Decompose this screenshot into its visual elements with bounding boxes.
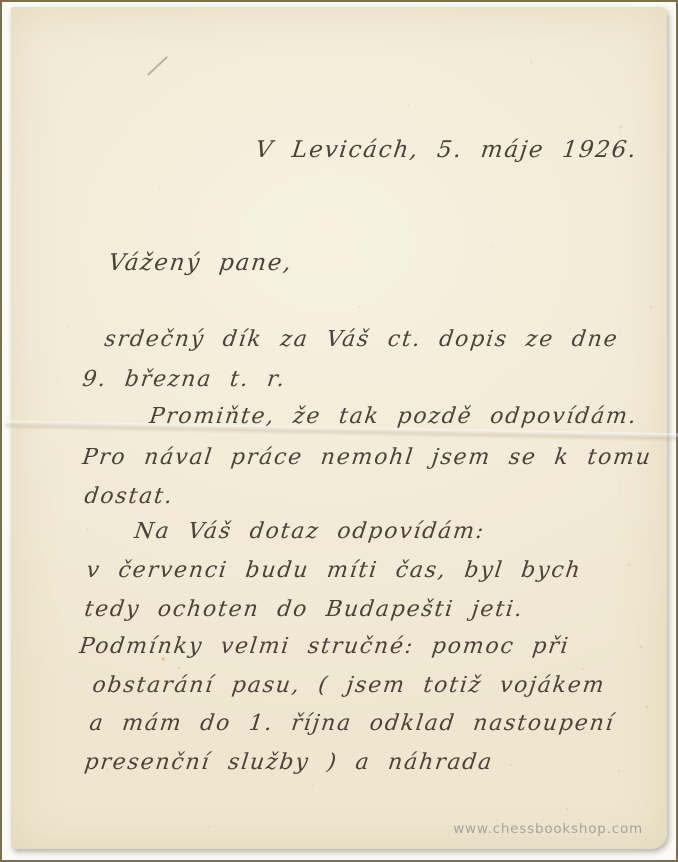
handwritten-line: Pro nával práce nemohl jsem se k tomu bbox=[81, 445, 653, 470]
date-line: V Levicách, 5. máje 1926. bbox=[254, 137, 639, 163]
handwritten-line: Promiňte, že tak pozdě odpovídám. bbox=[148, 404, 639, 429]
handwritten-line: Podmínky velmi stručné: pomoc při bbox=[78, 634, 571, 659]
letter-photo: V Levicách, 5. máje 1926. Vážený pane, s… bbox=[0, 0, 678, 862]
handwritten-line: presenční služby ) a náhrada bbox=[83, 750, 495, 775]
watermark-text: www.chessbookshop.com bbox=[453, 821, 643, 837]
handwritten-line: Na Váš dotaz odpovídám: bbox=[133, 519, 487, 544]
handwritten-line: a mám do 1. října odklad nastoupení bbox=[88, 711, 616, 736]
handwritten-line: 9. března t. r. bbox=[81, 367, 287, 392]
salutation-line: Vážený pane, bbox=[107, 250, 294, 276]
handwritten-line: srdečný dík za Váš ct. dopis ze dne bbox=[103, 327, 620, 352]
handwritten-line: v červenci budu míti čas, byl bych bbox=[85, 558, 583, 583]
handwritten-line: tedy ochoten do Budapešti jeti. bbox=[83, 597, 525, 622]
scratch-mark bbox=[147, 56, 168, 76]
handwritten-line: obstarání pasu, ( jsem totiž vojákem bbox=[91, 673, 607, 698]
letter-paper: V Levicách, 5. máje 1926. Vážený pane, s… bbox=[11, 7, 667, 849]
handwritten-line: dostat. bbox=[83, 484, 175, 509]
